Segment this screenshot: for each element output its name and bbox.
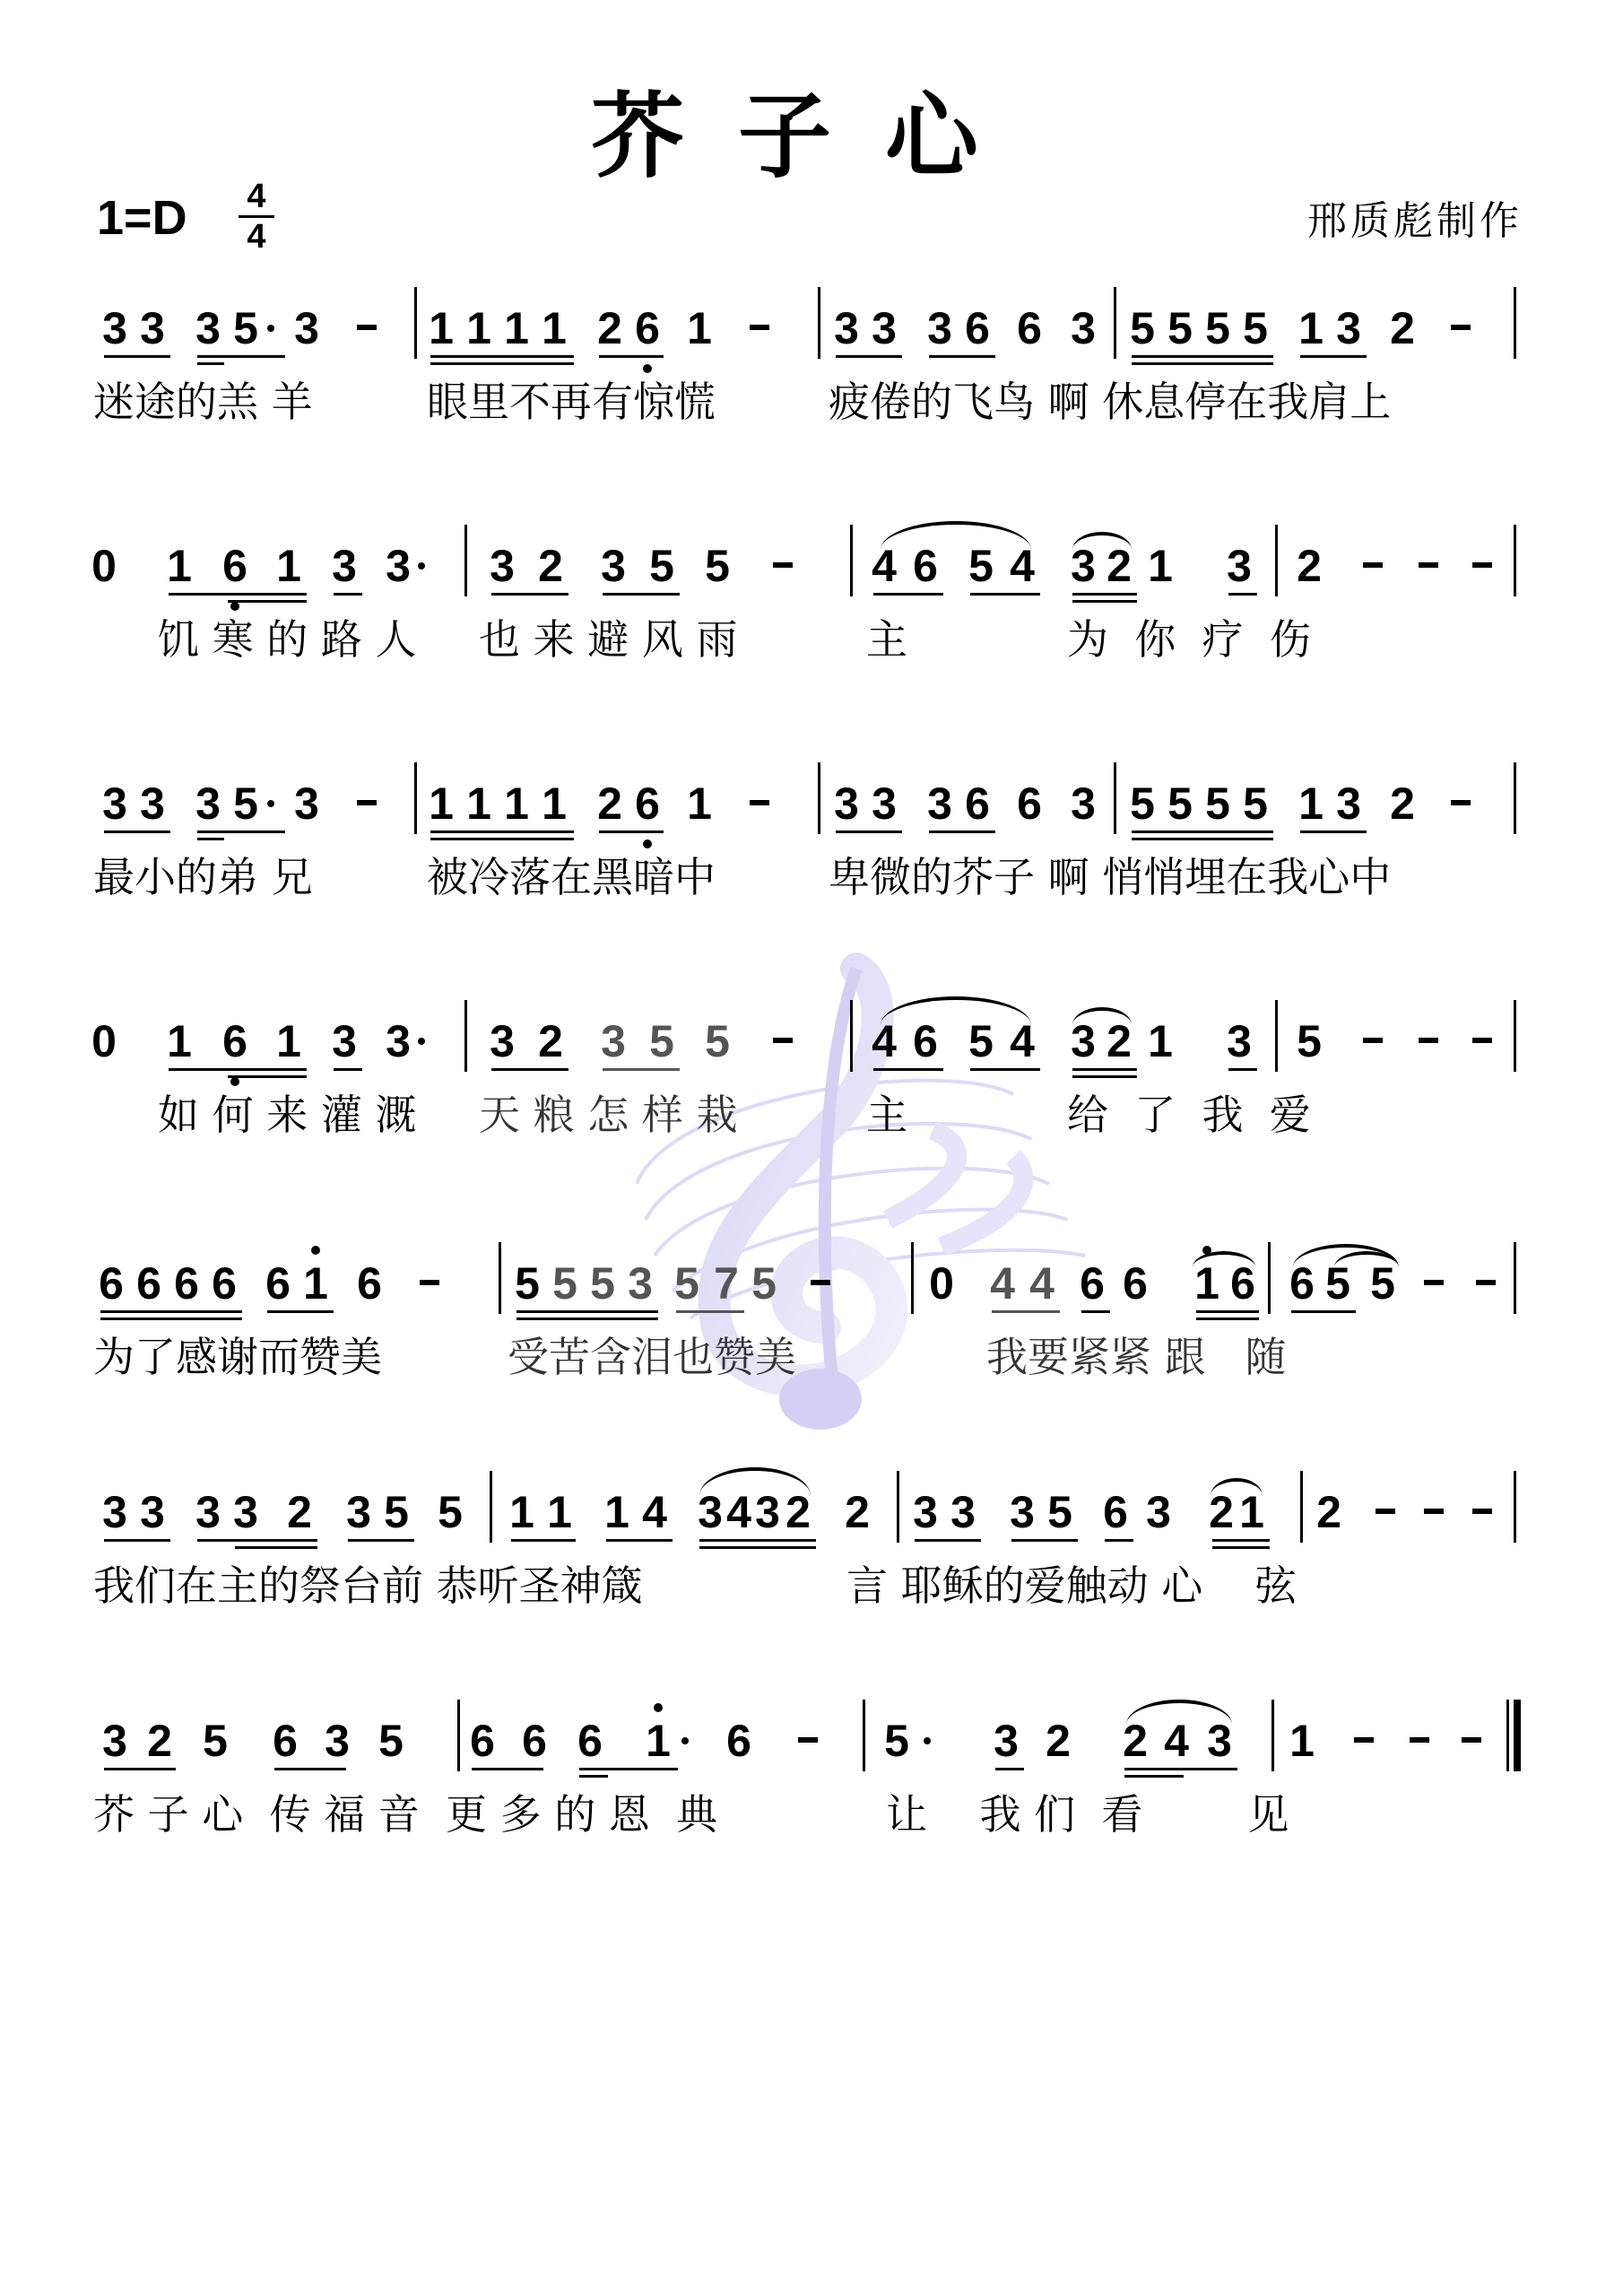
note: 3 [911,1485,940,1539]
note: 3 [1144,1485,1173,1539]
hold-dash [1419,1038,1438,1043]
lyric-phrase: 主 [866,614,907,665]
note: 5 [1295,1014,1324,1068]
note: 2 [285,1485,314,1539]
lyric-phrase: 芥 子 心 传 福 音 更 多 的 恩 典 [93,1789,717,1839]
score-row-1: 3335311112613336635555132迷途的羔 羊眼里不再有惊慌疲倦… [0,287,1623,430]
hold-dash [1451,800,1471,805]
score-row-3: 3335311112613336635555132最小的弟 兄被冷落在黑暗中卑微… [0,762,1623,906]
rhythm-underline [1196,1318,1259,1320]
lyric-phrase: 我们在主的祭台前 恭听圣神箴 [93,1561,643,1611]
slur-arc [1193,1251,1255,1267]
note: 5 [382,1485,411,1539]
rhythm-underline [274,1768,346,1770]
rhythm-underline [104,1539,170,1542]
lyric-phrase: 受苦含泪也赞美 [508,1332,796,1382]
rhythm-underline [995,1768,1024,1770]
score-row-6: 33332355111434322333563212我们在主的祭台前 恭听圣神箴… [0,1471,1623,1614]
rhythm-underline [235,1546,317,1549]
rhythm-underline [579,1768,678,1770]
rhythm-underline [699,1539,816,1542]
rhythm-underline [603,593,680,596]
hold-dash [1451,325,1471,330]
score-row-5: 666661655535750446616655为了感谢而赞美受苦含泪也赞美我要… [0,1242,1623,1386]
rhythm-underline [836,355,902,358]
lyrics-line: 迷途的羔 羊眼里不再有惊慌疲倦的飞鸟 啊 休息停在我肩上 [0,377,1623,430]
hold-dash [1472,1509,1492,1514]
hold-dash [1363,1038,1383,1043]
note: 2 [595,301,624,355]
rhythm-underline [599,831,664,833]
note: 3 [1334,777,1363,831]
note: 6 [271,1714,299,1768]
rhythm-underline [1132,355,1273,358]
note: 3 [488,539,516,593]
note: 5 [231,777,260,831]
rhythm-underline [104,831,170,833]
rhythm-underline [1300,831,1367,833]
note: 6 [633,301,662,355]
key-signature: 1=D [97,190,187,246]
time-signature: 4 4 [239,179,274,254]
note: 0 [90,539,118,593]
note: 5 [1241,301,1270,355]
barline [1114,287,1116,359]
rhythm-underline [1132,838,1273,840]
note: 2 [1315,1485,1343,1539]
score-row-7: 325635666165322431芥 子 心 传 福 音 更 多 的 恩 典让… [0,1700,1623,1843]
note: 1 [685,301,714,355]
rhythm-underline [599,355,664,358]
hold-dash [1363,562,1383,568]
lyric-phrase: 如 何 来 灌 溉 [158,1090,417,1140]
rhythm-underline [970,1068,1040,1071]
rhythm-underline [100,1318,242,1320]
barline [1275,525,1278,596]
lyric-phrase: 让 我 们 看 见 [886,1789,1289,1839]
rhythm-underline [873,1068,943,1071]
note: 2 [145,1714,174,1768]
note: 3 [100,1714,129,1768]
hold-dash [798,1737,818,1743]
note: 3 [138,1485,167,1539]
note: 6 [1101,1485,1130,1539]
note: 6 [1121,1257,1150,1310]
note: 5 [1128,777,1157,831]
rhythm-underline [197,1539,317,1542]
rhythm-underline [267,1310,334,1313]
note: 3 [231,1485,260,1539]
note: 1 [545,1485,574,1539]
note: 6 [963,301,992,355]
note: 4 [640,1485,669,1539]
note: 2 [1388,777,1417,831]
note: 1 [1297,777,1325,831]
barline [863,1700,865,1771]
rhythm-underline [334,593,362,596]
hold-dash [1472,562,1492,568]
rhythm-underline [511,1539,576,1542]
lyric-phrase: 眼里不再有惊慌 [427,377,716,427]
rhythm-underline [228,600,307,603]
note: 3 [1334,301,1363,355]
rhythm-underline [169,593,307,596]
barline [897,1471,899,1543]
hold-dash [1462,1737,1481,1743]
hold-dash [1424,1509,1444,1514]
hold-dash [1354,1737,1374,1743]
barline [818,762,820,834]
barline [911,1242,914,1314]
rhythm-underline [676,1310,744,1313]
octave-low-dot [230,602,239,611]
note: 1 [603,1485,631,1539]
note: 1 [165,1014,194,1068]
rhythm-underline [1081,1310,1110,1313]
note: 6 [520,1714,549,1768]
barline [464,525,467,596]
note: 2 [1295,539,1324,593]
note: 3 [323,1714,352,1768]
rhythm-underline [491,1068,568,1071]
rhythm-underline [348,1539,414,1542]
note: 0 [90,1014,118,1068]
lyric-phrase: 迷途的羔 羊 [93,377,313,427]
lyric-phrase: 饥 寒 的 路 人 [158,614,417,665]
rhythm-underline [1212,1546,1270,1549]
rhythm-underline [100,1310,242,1313]
barline [1300,1471,1303,1543]
note: 6 [264,1257,292,1310]
slur-arc [881,996,1031,1025]
rhythm-underline [579,1775,608,1778]
note: 5 [1203,777,1232,831]
rhythm-underline [1124,1775,1184,1778]
hold-dash [773,1038,793,1043]
rhythm-underline [430,355,574,358]
rhythm-underline [1228,593,1257,596]
octave-low-dot [643,364,652,373]
rhythm-underline [1300,355,1367,358]
note: 6 [963,777,992,831]
note: 1 [274,1014,303,1068]
note: 6 [221,539,249,593]
lyric-phrase: 为了感谢而赞美 [93,1332,382,1382]
hold-dash [1472,1038,1492,1043]
note: 1 [1288,1714,1316,1768]
note: 1 [464,301,493,355]
note: 1 [1297,301,1325,355]
note: 3 [1225,1014,1254,1068]
lyric-phrase: 为 你 疗 伤 [1067,614,1311,665]
octave-high-dot [654,1703,663,1712]
note: 4 [1028,1257,1056,1310]
note: 5 [647,539,676,593]
rhythm-underline [1228,1068,1257,1071]
barline [850,1000,853,1072]
note: 2 [595,777,624,831]
note: 3 [100,301,129,355]
note: 3 [992,1714,1020,1768]
note: 2 [1388,301,1417,355]
rhythm-underline [516,1318,658,1320]
note: 5 [673,1257,701,1310]
lyrics-line: 如 何 来 灌 溉天 粮 怎 样 栽主给 了 我 爱 [0,1090,1623,1144]
barline [414,287,417,359]
note: 1 [427,301,456,355]
rhythm-underline [197,831,285,833]
notation-line: 33332355111434322333563212 [0,1471,1623,1570]
note: 2 [843,1485,872,1539]
note: 3 [599,539,628,593]
note: 3 [384,539,412,593]
note: 5 [1166,301,1194,355]
time-signature-numerator: 4 [239,179,274,218]
note: 5 [647,1014,676,1068]
hold-dash [1476,1280,1496,1285]
rhythm-underline [104,355,170,358]
note: 3 [194,777,222,831]
rhythm-underline [1291,1310,1356,1313]
rhythm-underline [929,831,995,833]
note: 3 [1069,777,1098,831]
octave-high-dot [311,1246,320,1255]
barline [1514,287,1516,359]
barline [1114,762,1116,834]
note: 2 [536,539,565,593]
rhythm-underline [1072,593,1137,596]
lyrics-line: 最小的弟 兄被冷落在黑暗中卑微的芥子 啊 悄悄埋在我心中 [0,852,1623,906]
lyrics-line: 我们在主的祭台前 恭听圣神箴言 耶稣的爱触动 心 弦 [0,1561,1623,1614]
rhythm-underline [1196,1310,1259,1313]
notation-line: 3335311112613336635555132 [0,762,1623,861]
barline [1268,1242,1271,1314]
note: 6 [1015,777,1044,831]
score-row-4: 01613332355465432135如 何 来 灌 溉天 粮 怎 样 栽主给… [0,1000,1623,1144]
note: 3 [925,301,954,355]
rhythm-underline [334,1068,362,1071]
note: 5 [201,1714,230,1768]
barline [1271,1700,1274,1771]
rhythm-underline [169,1068,307,1071]
note: 5 [513,1257,542,1310]
rhythm-underline [1212,1539,1270,1542]
note: 5 [882,1714,911,1768]
lyric-phrase: 也 来 避 风 雨 [479,614,738,665]
lyric-phrase: 被冷落在黑暗中 [427,852,716,902]
rhythm-underline [603,1068,680,1071]
hold-dash [420,1280,439,1285]
note: 2 [1044,1714,1072,1768]
hold-dash [811,1280,830,1285]
note: 0 [927,1257,956,1310]
rhythm-underline [606,1539,673,1542]
note: 1 [540,777,568,831]
lyric-phrase: 天 粮 怎 样 栽 [479,1090,738,1140]
note: 1 [165,539,194,593]
barline [464,1000,467,1072]
note: 3 [194,1485,222,1539]
note: 3 [384,1014,412,1068]
note: 1 [274,539,303,593]
note: 3 [100,1485,129,1539]
rhythm-underline [1011,1539,1078,1542]
note: 5 [1046,1485,1074,1539]
note: 6 [135,1257,163,1310]
rhythm-underline [472,1768,543,1770]
note: 1 [427,777,456,831]
lyrics-line: 芥 子 心 传 福 音 更 多 的 恩 典让 我 们 看 见 [0,1789,1623,1843]
barline [1514,1242,1516,1314]
rhythm-underline [491,593,568,596]
note: 1 [301,1257,330,1310]
hold-dash [1376,1509,1395,1514]
score-row-2: 01613332355465432132饥 寒 的 路 人也 来 避 风 雨主为… [0,525,1623,668]
note: 3 [292,777,321,831]
octave-low-dot [643,839,652,848]
augmentation-dot [418,562,425,570]
augmentation-dot [681,1737,689,1744]
rhythm-underline [197,362,224,365]
augmentation-dot [267,325,274,332]
rhythm-underline [1105,1539,1133,1542]
note: 5 [551,1257,579,1310]
note: 6 [210,1257,239,1310]
note: 5 [377,1714,405,1768]
rhythm-underline [197,838,224,840]
note: 6 [633,777,662,831]
hold-dash [357,800,377,805]
note: 3 [138,777,167,831]
barline [1514,1000,1516,1072]
time-signature-denominator: 4 [239,218,274,254]
final-barline [1506,1700,1520,1771]
note: 1 [464,777,493,831]
slur-arc [1072,1007,1132,1025]
barline [818,287,820,359]
lyric-phrase: 我要紧紧 跟 随 [986,1332,1287,1382]
rhythm-underline [1132,831,1273,833]
note: 3 [1008,1485,1037,1539]
rhythm-underline [1124,1768,1237,1770]
note: 6 [576,1714,604,1768]
note: 1 [508,1485,536,1539]
notation-line: 01613332355465432132 [0,525,1623,623]
rhythm-underline [516,1310,658,1313]
note: 3 [100,777,129,831]
author-credit: 邢质彪制作 [1307,188,1523,246]
note: 5 [1241,777,1270,831]
rhythm-underline [699,1546,816,1549]
barline [1514,525,1516,596]
note: 3 [488,1014,516,1068]
note: 3 [925,777,954,831]
lyric-phrase: 主 [866,1090,907,1140]
hold-dash [1419,562,1438,568]
note: 3 [344,1485,373,1539]
rhythm-underline [1132,362,1273,365]
note: 3 [138,301,167,355]
slur-arc [1072,532,1132,550]
octave-low-dot [230,1077,239,1086]
barline [414,762,417,834]
lyric-phrase: 最小的弟 兄 [93,852,313,902]
note: 6 [1015,301,1044,355]
notation-line: 3335311112613336635555132 [0,287,1623,386]
notation-line: 325635666165322431 [0,1700,1623,1798]
note: 3 [832,301,861,355]
lyric-phrase: 言 耶稣的爱触动 心 弦 [846,1561,1297,1611]
lyric-phrase: 给 了 我 爱 [1067,1090,1311,1140]
note: 3 [1225,539,1254,593]
note: 3 [870,777,898,831]
barline [490,1471,492,1543]
note: 6 [97,1257,126,1310]
rhythm-underline [1072,1075,1137,1078]
note: 5 [1166,777,1194,831]
rhythm-underline [873,593,943,596]
note: 5 [231,301,260,355]
rhythm-underline [430,838,574,840]
note: 3 [330,1014,359,1068]
hold-dash [1410,1737,1429,1743]
lyric-phrase: 疲倦的飞鸟 啊 休息停在我肩上 [829,377,1391,427]
barline [850,525,853,596]
note: 6 [468,1714,497,1768]
note: 3 [832,777,861,831]
rhythm-underline [104,1768,176,1770]
slur-arc [699,1467,811,1496]
rhythm-underline [1072,600,1137,603]
note: 1 [1146,539,1175,593]
note: 5 [1203,301,1232,355]
slur-arc [1126,1700,1232,1725]
barline [1514,762,1516,834]
note: 6 [221,1014,249,1068]
note: 3 [599,1014,628,1068]
note: 5 [588,1257,617,1310]
hold-dash [357,325,377,330]
notation-line: 01613332355465432135 [0,1000,1623,1099]
note: 3 [330,539,359,593]
slur-arc [881,521,1031,550]
note: 5 [750,1257,778,1310]
rhythm-underline [929,355,995,358]
rhythm-underline [228,1075,307,1078]
note: 1 [502,777,531,831]
song-title: 芥子心 [0,90,1623,183]
note: 4 [988,1257,1017,1310]
note: 5 [703,1014,732,1068]
note: 3 [194,301,222,355]
lyrics-line: 饥 寒 的 路 人也 来 避 风 雨主为 你 疗 伤 [0,614,1623,668]
barline [1275,1000,1278,1072]
note: 2 [536,1014,565,1068]
note: 6 [1078,1257,1107,1310]
rhythm-underline [915,1539,981,1542]
note: 6 [355,1257,384,1310]
note: 6 [172,1257,201,1310]
note: 1 [502,301,531,355]
lyric-phrase: 卑微的芥子 啊 悄悄埋在我心中 [829,852,1391,902]
note: 7 [712,1257,741,1310]
note: 3 [626,1257,655,1310]
hold-dash [773,562,793,568]
note: 5 [436,1485,464,1539]
rhythm-underline [430,831,574,833]
note: 5 [703,539,732,593]
barline [499,1242,501,1314]
